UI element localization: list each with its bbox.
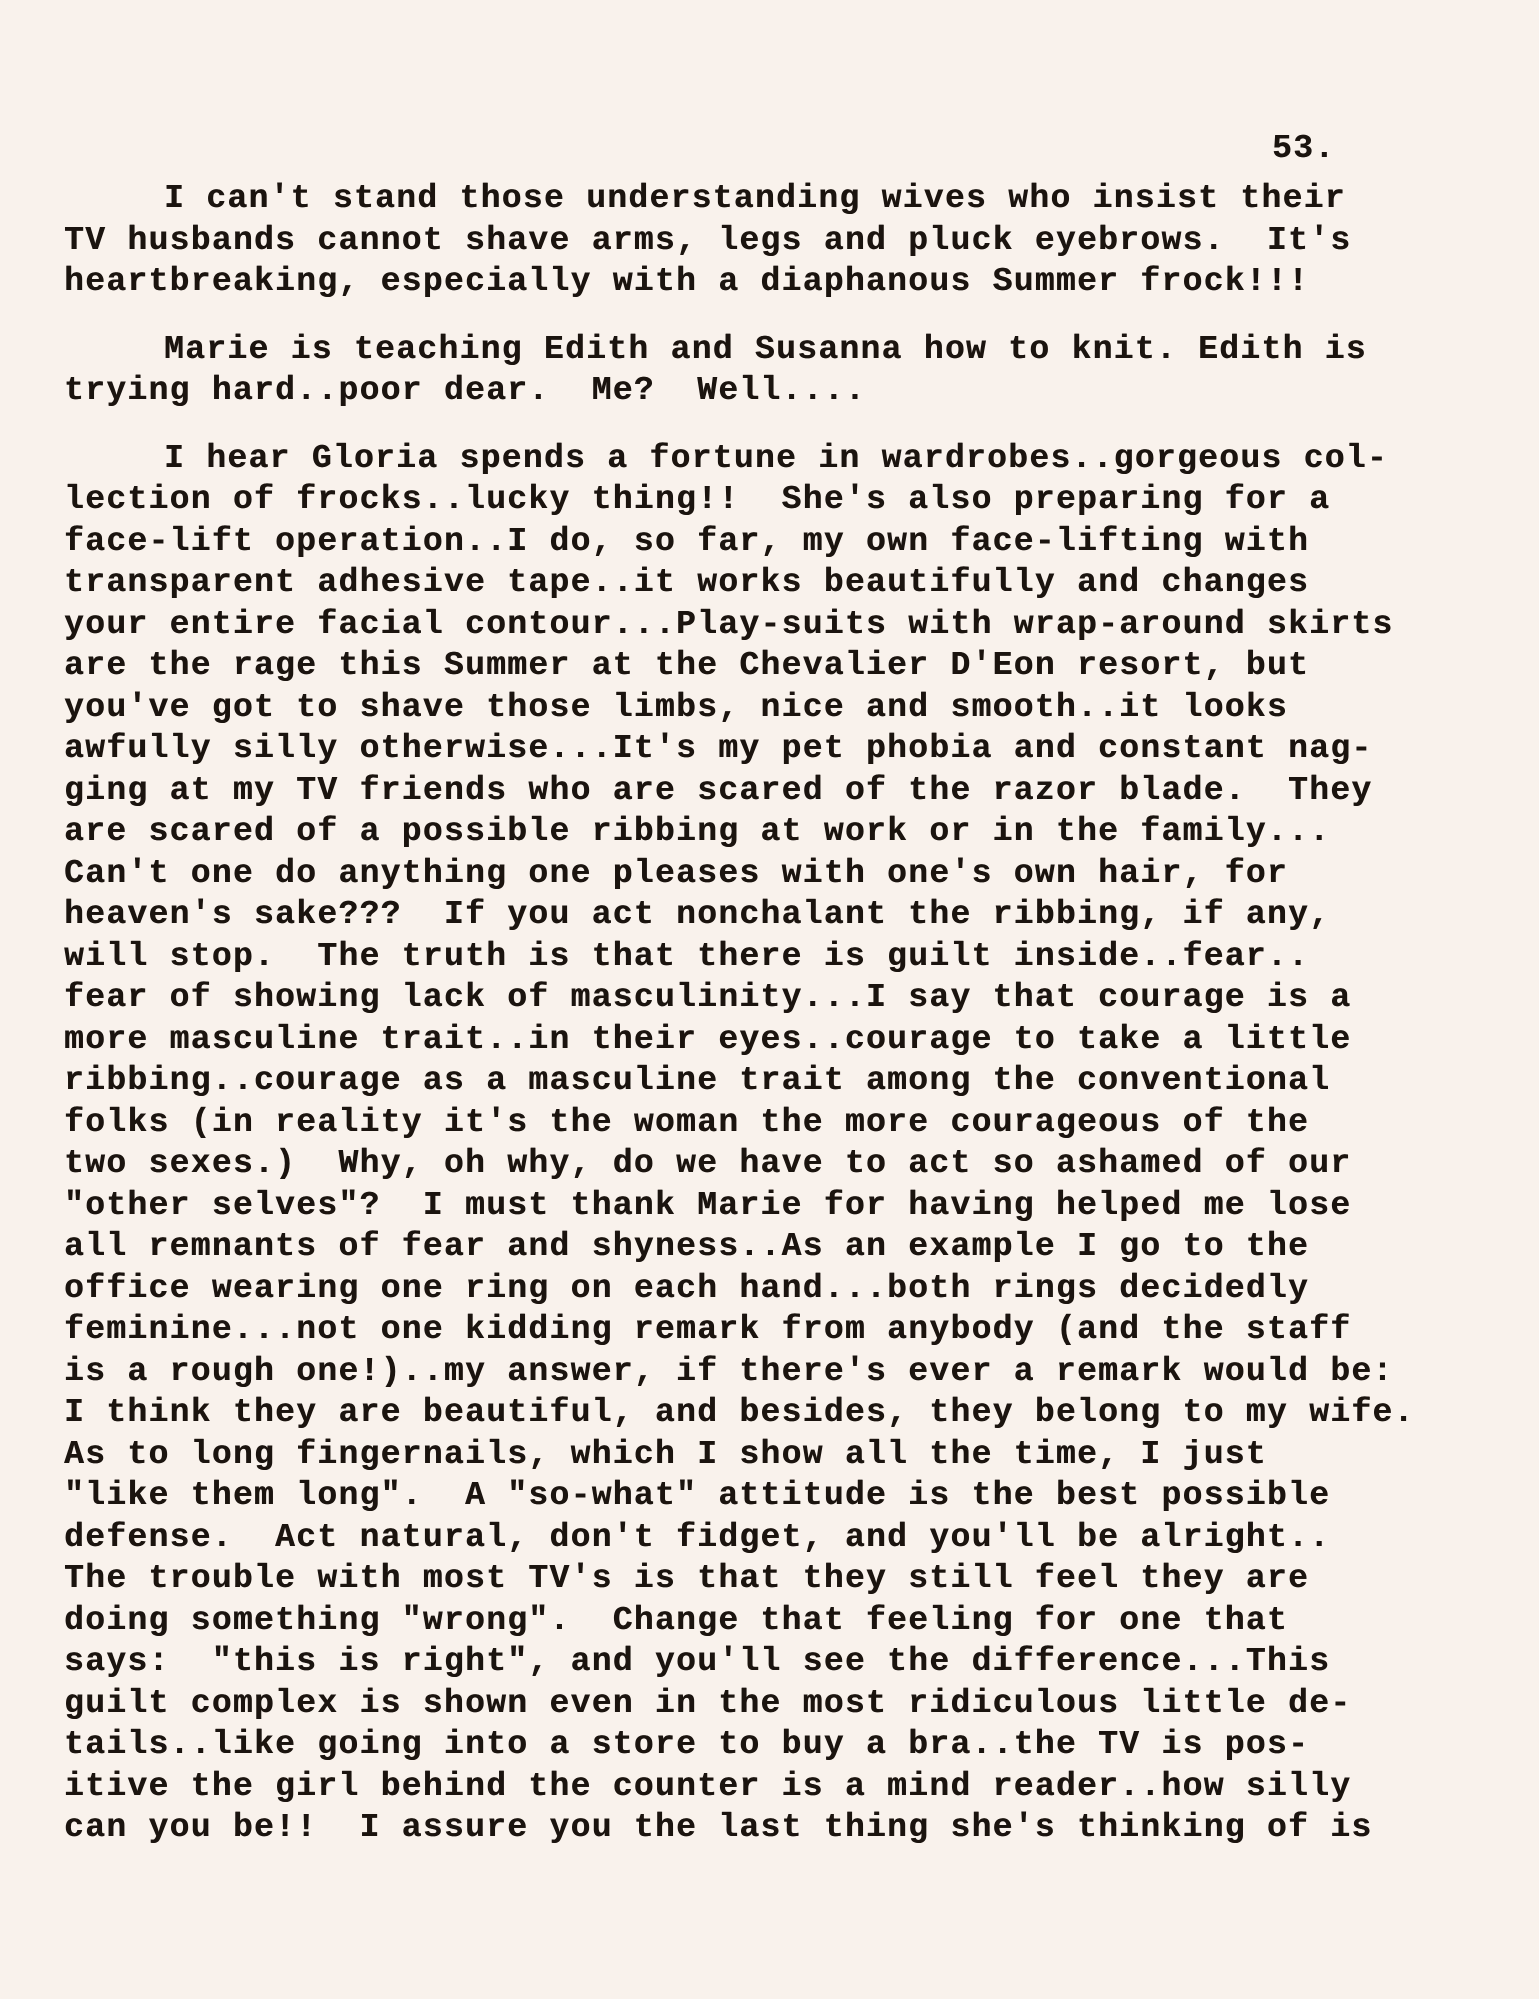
text-line: all remnants of fear and shyness..As an … (64, 1226, 1484, 1268)
text-line: I think they are beautiful, and besides,… (64, 1392, 1484, 1434)
document-page: 53. I can't stand those understanding wi… (0, 0, 1539, 1999)
text-line: feminine...not one kidding remark from a… (64, 1309, 1484, 1351)
text-line: "like them long". A "so-what" attitude i… (64, 1475, 1484, 1517)
text-line: tails..like going into a store to buy a … (64, 1724, 1484, 1766)
paragraph: I can't stand those understanding wives … (64, 178, 1484, 303)
text-line: As to long fingernails, which I show all… (64, 1434, 1484, 1476)
text-line: heartbreaking, especially with a diaphan… (64, 261, 1484, 303)
text-line: TV husbands cannot shave arms, legs and … (64, 220, 1484, 262)
text-line: ribbing..courage as a masculine trait am… (64, 1060, 1484, 1102)
text-line: your entire facial contour...Play-suits … (64, 604, 1484, 646)
text-line: trying hard..poor dear. Me? Well.... (64, 370, 1484, 412)
text-line: folks (in reality it's the woman the mor… (64, 1102, 1484, 1144)
text-line: Can't one do anything one pleases with o… (64, 853, 1484, 895)
text-line: Marie is teaching Edith and Susanna how … (64, 329, 1484, 371)
paragraph: I hear Gloria spends a fortune in wardro… (64, 438, 1484, 1849)
text-line: you've got to shave those limbs, nice an… (64, 687, 1484, 729)
text-line: I can't stand those understanding wives … (64, 178, 1484, 220)
text-line: office wearing one ring on each hand...b… (64, 1268, 1484, 1310)
text-line: doing something "wrong". Change that fee… (64, 1600, 1484, 1642)
text-line: fear of showing lack of masculinity...I … (64, 977, 1484, 1019)
text-line: heaven's sake??? If you act nonchalant t… (64, 894, 1484, 936)
text-line: will stop. The truth is that there is gu… (64, 936, 1484, 978)
text-line: guilt complex is shown even in the most … (64, 1683, 1484, 1725)
text-line: can you be!! I assure you the last thing… (64, 1807, 1484, 1849)
text-line: more masculine trait..in their eyes..cou… (64, 1019, 1484, 1061)
paragraph: Marie is teaching Edith and Susanna how … (64, 329, 1484, 412)
text-line: ging at my TV friends who are scared of … (64, 770, 1484, 812)
text-line: lection of frocks..lucky thing!! She's a… (64, 479, 1484, 521)
text-line: transparent adhesive tape..it works beau… (64, 562, 1484, 604)
text-line: is a rough one!)..my answer, if there's … (64, 1351, 1484, 1393)
typewritten-text-block: I can't stand those understanding wives … (64, 178, 1484, 1875)
text-line: are the rage this Summer at the Chevalie… (64, 645, 1484, 687)
text-line: two sexes.) Why, oh why, do we have to a… (64, 1143, 1484, 1185)
text-line: The trouble with most TV's is that they … (64, 1558, 1484, 1600)
text-line: says: "this is right", and you'll see th… (64, 1641, 1484, 1683)
text-line: "other selves"? I must thank Marie for h… (64, 1185, 1484, 1227)
text-line: are scared of a possible ribbing at work… (64, 811, 1484, 853)
text-line: itive the girl behind the counter is a m… (64, 1766, 1484, 1808)
text-line: defense. Act natural, don't fidget, and … (64, 1517, 1484, 1559)
text-line: awfully silly otherwise...It's my pet ph… (64, 728, 1484, 770)
text-line: I hear Gloria spends a fortune in wardro… (64, 438, 1484, 480)
text-line: face-lift operation..I do, so far, my ow… (64, 521, 1484, 563)
page-number: 53. (1272, 130, 1335, 167)
